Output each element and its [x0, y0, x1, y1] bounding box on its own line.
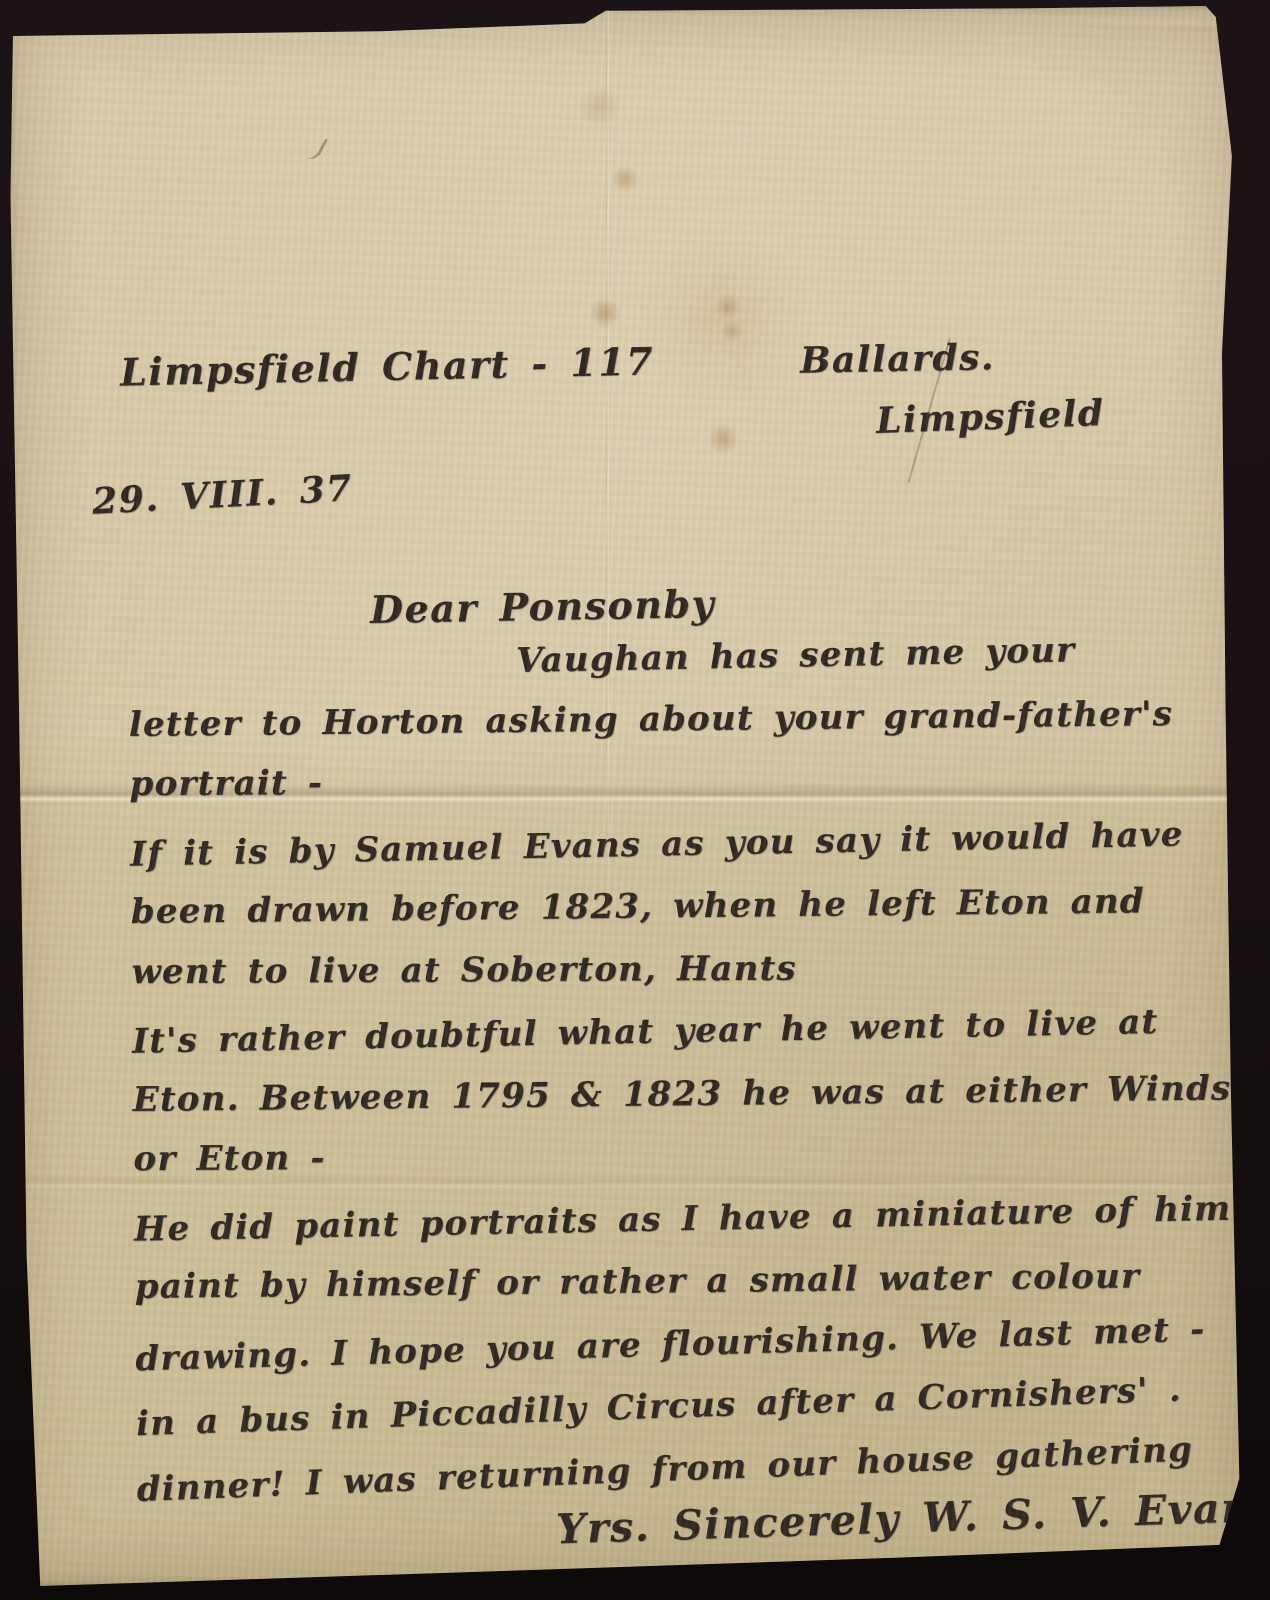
- stain: [628, 226, 818, 416]
- stain: [706, 424, 740, 454]
- letter-paper: Limpsfield Chart - 117 Ballards. Limpsfi…: [8, 6, 1248, 1586]
- stain: [610, 166, 640, 192]
- letter-date: 29. VIII. 37: [91, 467, 354, 523]
- corner-crease: [940, 26, 1240, 286]
- stain: [588, 298, 622, 328]
- telephone-heading: Limpsfield Chart - 117: [120, 338, 655, 394]
- ink-speck: [299, 131, 328, 163]
- stain: [714, 294, 742, 320]
- letter-line: letter to Horton asking about your grand…: [129, 693, 1210, 767]
- address-line-1: Ballards.: [800, 336, 996, 381]
- stain: [720, 320, 744, 342]
- salutation: Dear Ponsonby: [370, 581, 716, 632]
- letter-line: Vaughan has sent me your: [516, 628, 1209, 704]
- address-line-2: Limpsfield: [875, 392, 1105, 442]
- stain: [576, 86, 622, 126]
- signature-underline: [860, 1555, 1129, 1589]
- scan-background: Limpsfield Chart - 117 Ballards. Limpsfi…: [0, 0, 1270, 1600]
- letter-body: Vaughan has sent me your letter to Horto…: [128, 631, 1217, 1517]
